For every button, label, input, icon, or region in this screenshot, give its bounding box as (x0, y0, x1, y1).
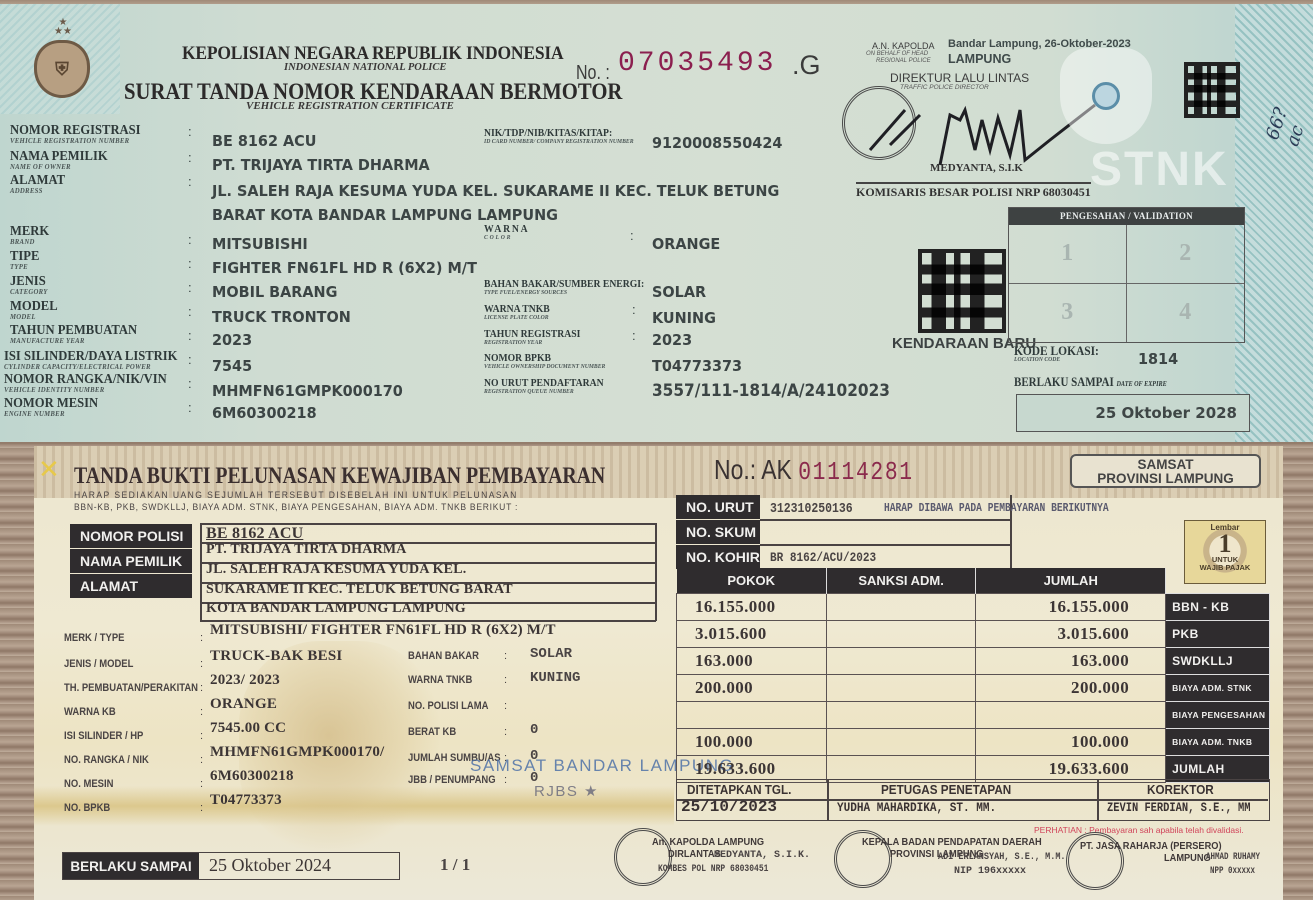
no-urut-note: HARAP DIBAWA PADA PEMBAYARAN BERIKUTNYA (884, 501, 1109, 515)
fee-row: BIAYA PENGESAHAN (677, 701, 1270, 728)
value-registration-number: BE 8162 ACU (212, 132, 316, 150)
detail-value: 0 (530, 722, 538, 738)
payment-receipt-card: ✕ TANDA BUKTI PELUNASAN KEWAJIBAN PEMBAY… (34, 446, 1283, 900)
value-engine-number: 6M60300218 (212, 404, 317, 422)
label-receipt-expiry: BERLAKU SAMPAI (63, 853, 199, 879)
fee-code: JUMLAH (1166, 755, 1270, 782)
value-owner-name: PT. TRIJAYA TIRTA DHARMA (212, 156, 430, 174)
flower-ornament-icon: ✕ (38, 454, 60, 485)
receipt-title: TANDA BUKTI PELUNASAN KEWAJIBAN PEMBAYAR… (74, 463, 605, 489)
value-korektor: ZEVIN FERDIAN, S.E., MM (1107, 800, 1251, 815)
validation-header: PENGESAHAN / VALIDATION (1009, 208, 1244, 225)
signature-region: LAMPUNG (948, 52, 1011, 66)
stnk-card: ★★★ ⛨ KEPOLISIAN NEGARA REPUBLIK INDONES… (0, 4, 1313, 442)
fee-row: 19.633.60019.633.600JUMLAH (677, 755, 1270, 782)
fee-row: 3.015.6003.015.600PKB (677, 620, 1270, 647)
fee-pokok: 19.633.600 (677, 755, 827, 782)
fee-jumlah: 163.000 (976, 647, 1166, 674)
value-location-code: 1814 (1138, 350, 1178, 368)
value-alamat-line1: JL. SALEH RAJA KESUMA YUDA KEL. (206, 562, 466, 578)
detail-label: ISI SILINDER / HP (64, 730, 143, 742)
detail-value: KUNING (530, 670, 580, 686)
fee-pokok: 3.015.600 (677, 620, 827, 647)
signer-2-name: ADI ERLANSYAH, S.E., M.M. (938, 852, 1066, 863)
fee-sanksi (826, 674, 976, 701)
label-color: WARNACOLOR (484, 224, 529, 241)
detail-label: BERAT KB (408, 726, 456, 738)
receipt-number: No.: AK 01114281 (714, 454, 914, 487)
stars-icon: ★★★ (52, 18, 74, 36)
fee-row: 100.000100.000BIAYA ADM. TNKB (677, 728, 1270, 755)
detail-value: TRUCK-BAK BESI (210, 648, 342, 665)
fee-jumlah: 19.633.600 (976, 755, 1166, 782)
value-nama-pemilik: PT. TRIJAYA TIRTA DHARMA (206, 542, 407, 558)
fee-jumlah: 200.000 (976, 674, 1166, 701)
label-model: MODELMODEL (10, 300, 58, 321)
value-address-line1: JL. SALEH RAJA KESUMA YUDA KEL. SUKARAME… (212, 182, 779, 200)
value-expiry: 25 Oktober 2028 (1016, 394, 1250, 432)
value-type: FIGHTER FN61FL HD R (6X2) M/T (212, 259, 477, 277)
qr-code-icon (1184, 62, 1240, 118)
label-fuel: BAHAN BAKAR/SUMBER ENERGI:TYPE FUEL/ENER… (484, 279, 644, 296)
signer-2-line1: KEPALA BADAN PENDAPATAN DAERAH (862, 836, 1042, 848)
value-brand: MITSUBISHI (212, 235, 308, 253)
value-queue-number: 3557/111-1814/A/24102023 (652, 381, 890, 400)
fee-row: 163.000163.000SWDKLLJ (677, 647, 1270, 674)
fee-sanksi (826, 647, 976, 674)
label-no-skum: NO. SKUM (676, 520, 760, 544)
label-owner-name: NAMA PEMILIKNAME OF OWNER (10, 150, 108, 171)
signer-3-line2: LAMPUNG (1164, 852, 1211, 864)
label-id-number: NIK/TDP/NIB/KITAS/KITAP:ID CARD NUMBER/ … (484, 128, 634, 145)
value-fuel: SOLAR (652, 283, 706, 301)
value-bpkb-number: T04773373 (652, 357, 742, 375)
fee-header-sanksi: SANKSI ADM. (826, 568, 976, 593)
signature-role: DIREKTUR LALU LINTAS (890, 71, 1029, 85)
fee-pokok: 200.000 (677, 674, 827, 701)
value-color: ORANGE (652, 235, 720, 253)
on-behalf-en-2: REGIONAL POLICE (876, 58, 931, 64)
fee-code: PKB (1166, 620, 1270, 647)
fee-code: BIAYA ADM. STNK (1166, 674, 1270, 701)
detail-label: NO. BPKB (64, 802, 110, 814)
police-emblem-icon: ⛨ (34, 40, 90, 98)
detail-value: 7545.00 CC (210, 720, 286, 737)
value-cylinder: 7545 (212, 357, 252, 375)
signer-3-line1: PT. JASA RAHARJA (PERSERO) (1080, 840, 1222, 852)
label-expiry: BERLAKU SAMPAI DATE OF EXPIRE (1014, 377, 1167, 389)
polri-shield-icon (1060, 48, 1152, 144)
fee-sanksi (826, 593, 976, 620)
fee-code: SWDKLLJ (1166, 647, 1270, 674)
validation-notice: PERHATIAN : Pembayaran sah apabila telah… (1034, 825, 1244, 835)
security-pattern (1235, 4, 1313, 442)
fee-header-pokok: POKOK (677, 568, 827, 593)
value-no-kohir: BR 8162/ACU/2023 (770, 550, 876, 565)
detail-label: NO. POLISI LAMA (408, 700, 488, 712)
value-manufacture-year: 2023 (212, 331, 252, 349)
qr-code-icon (918, 249, 1006, 333)
fee-sanksi (826, 701, 976, 728)
fee-code: BBN - KB (1166, 593, 1270, 620)
detail-value: 2023/ 2023 (210, 672, 280, 689)
detail-value: T04773373 (210, 792, 282, 809)
value-registration-year: 2023 (652, 331, 692, 349)
serial-number: 07035493 (618, 48, 776, 79)
document-title-en: VEHICLE REGISTRATION CERTIFICATE (246, 100, 454, 112)
value-ditetapkan: 25/10/2023 (681, 798, 777, 816)
signer-1-id: KOMBES POL NRP 68030451 (658, 864, 768, 875)
label-nomor-polisi: NOMOR POLISI (70, 524, 192, 548)
value-id-number: 9120008550424 (652, 134, 782, 152)
label-engine-number: NOMOR MESINENGINE NUMBER (4, 397, 98, 418)
label-registration-number: NOMOR REGISTRASIVEHICLE REGISTRATION NUM… (10, 124, 141, 145)
fee-jumlah: 100.000 (976, 728, 1166, 755)
validation-cell-2: 2 (1127, 225, 1245, 284)
label-type: TIPETYPE (10, 250, 39, 271)
signature-rank: KOMISARIS BESAR POLISI NRP 68030451 (856, 182, 1091, 200)
value-petugas: YUDHA MAHARDIKA, ST. MM. (837, 800, 996, 815)
validation-cell-4: 4 (1127, 284, 1245, 343)
label-plate-color: WARNA TNKBLICENSE PLATE COLOR (484, 304, 550, 321)
receipt-expiry: BERLAKU SAMPAI 25 Oktober 2024 (62, 852, 400, 880)
label-korektor: KOREKTOR (1147, 782, 1214, 797)
value-receipt-expiry: 25 Oktober 2024 (209, 855, 331, 876)
detail-label: MERK / TYPE (64, 632, 124, 644)
fee-jumlah: 3.015.600 (976, 620, 1166, 647)
samsat-stamp-sub: RJBS ★ (534, 782, 599, 800)
fee-header-jumlah: JUMLAH (976, 568, 1166, 593)
label-manufacture-year: TAHUN PEMBUATANMANUFACTURE YEAR (10, 324, 137, 345)
detail-label: TH. PEMBUATAN/PERAKITAN (64, 682, 198, 694)
validation-box: PENGESAHAN / VALIDATION 1 2 3 4 (1008, 207, 1245, 343)
signer-1-line2: DIRLANTAS (668, 848, 721, 860)
signer-1-line1: An. KAPOLDA LAMPUNG (652, 836, 764, 848)
label-category: JENISCATEGORY (10, 275, 48, 296)
fee-jumlah (976, 701, 1166, 728)
label-cylinder: ISI SILINDER/DAYA LISTRIKCYLINDER CAPACI… (4, 350, 177, 371)
sheet-count: 1 / 1 (440, 855, 470, 875)
label-no-urut: NO. URUT (676, 495, 760, 519)
value-category: MOBIL BARANG (212, 283, 337, 301)
label-address: ALAMATADDRESS (10, 174, 65, 195)
value-nomor-polisi: BE 8162 ACU (206, 525, 303, 543)
label-vin: NOMOR RANGKA/NIK/VINVEHICLE IDENTITY NUM… (4, 373, 167, 394)
fee-sanksi (826, 620, 976, 647)
stnk-watermark: STNK (1090, 142, 1229, 197)
label-registration-year: TAHUN REGISTRASIREGISTRATION YEAR (484, 329, 580, 346)
samsat-badge: SAMSATPROVINSI LAMPUNG (1070, 454, 1261, 488)
label-ditetapkan: DITETAPKAN TGL. (687, 782, 791, 797)
label-alamat: ALAMAT (70, 574, 192, 598)
detail-value: ORANGE (210, 696, 277, 713)
label-location-code: KODE LOKASI:LOCATION CODE (1014, 346, 1099, 363)
receipt-subtitle-1: HARAP SEDIAKAN UANG SEJUMLAH TERSEBUT DI… (74, 490, 518, 501)
label-bpkb-number: NOMOR BPKBVEHICLE OWNERSHIP DOCUMENT NUM… (484, 353, 605, 370)
detail-value: MHMFN61GMPK000170/ (210, 744, 384, 761)
detail-label: JENIS / MODEL (64, 658, 133, 670)
value-alamat-line3: KOTA BANDAR LAMPUNG LAMPUNG (206, 601, 466, 617)
receipt-subtitle-2: BBN-KB, PKB, SWDKLLJ, BIAYA ADM. STNK, B… (74, 502, 518, 513)
fee-row: 200.000200.000BIAYA ADM. STNK (677, 674, 1270, 701)
fee-sanksi (826, 755, 976, 782)
fee-pokok: 100.000 (677, 728, 827, 755)
detail-value: 6M60300218 (210, 768, 294, 785)
value-alamat-line2: SUKARAME II KEC. TELUK BETUNG BARAT (206, 582, 513, 598)
label-nama-pemilik: NAMA PEMILIK (70, 549, 192, 573)
detail-value: SOLAR (530, 646, 572, 662)
value-address-line2: BARAT KOTA BANDAR LAMPUNG LAMPUNG (212, 206, 558, 224)
label-petugas: PETUGAS PENETAPAN (881, 782, 1011, 797)
detail-label: WARNA TNKB (408, 674, 472, 686)
label-brand: MERKBRAND (10, 225, 49, 246)
fee-code: BIAYA PENGESAHAN (1166, 701, 1270, 728)
fee-jumlah: 16.155.000 (976, 593, 1166, 620)
fee-pokok: 16.155.000 (677, 593, 827, 620)
fee-sanksi (826, 728, 976, 755)
detail-label: NO. MESIN (64, 778, 113, 790)
value-model: TRUCK TRONTON (212, 308, 351, 326)
value-no-urut: 312310250136 (770, 501, 853, 517)
fee-pokok (677, 701, 827, 728)
label-no-kohir: NO. KOHIR (676, 545, 760, 569)
validation-cell-1: 1 (1009, 225, 1127, 284)
signer-1-name: MEDYANTA, S.I.K. (714, 850, 810, 861)
assessment-footer: DITETAPKAN TGL. PETUGAS PENETAPAN KOREKT… (676, 779, 1270, 821)
value-plate-color: KUNING (652, 309, 716, 327)
fee-code: BIAYA ADM. TNKB (1166, 728, 1270, 755)
on-behalf-label: A.N. KAPOLDA (872, 41, 935, 51)
fee-row: 16.155.00016.155.000BBN - KB (677, 593, 1270, 620)
label-queue-number: NO URUT PENDAFTARANREGISTRATION QUEUE NU… (484, 378, 604, 395)
fee-table: POKOK SANKSI ADM. JUMLAH 16.155.00016.15… (676, 568, 1270, 783)
serial-suffix: .G (792, 50, 821, 81)
agency-title-en: INDONESIAN NATIONAL POLICE (284, 62, 446, 73)
signer-3-name: AHMAD RUHAMY (1206, 852, 1260, 863)
value-vin: MHMFN61GMPK000170 (212, 382, 403, 400)
signature-name: MEDYANTA, S.I.K (930, 162, 1023, 174)
detail-label: NO. RANGKA / NIK (64, 754, 149, 766)
fee-pokok: 163.000 (677, 647, 827, 674)
on-behalf-en-1: ON BEHALF OF HEAD (866, 51, 928, 57)
detail-label: WARNA KB (64, 706, 116, 718)
serial-label: No. : (576, 62, 610, 85)
detail-label: BAHAN BAKAR (408, 650, 479, 662)
signer-3-id: NPP 0xxxxx (1210, 866, 1255, 877)
signer-2-id: NIP 196xxxxx (954, 866, 1026, 877)
detail-value: MITSUBISHI/ FIGHTER FN61FL HD R (6X2) M/… (210, 622, 556, 639)
validation-cell-3: 3 (1009, 284, 1127, 343)
